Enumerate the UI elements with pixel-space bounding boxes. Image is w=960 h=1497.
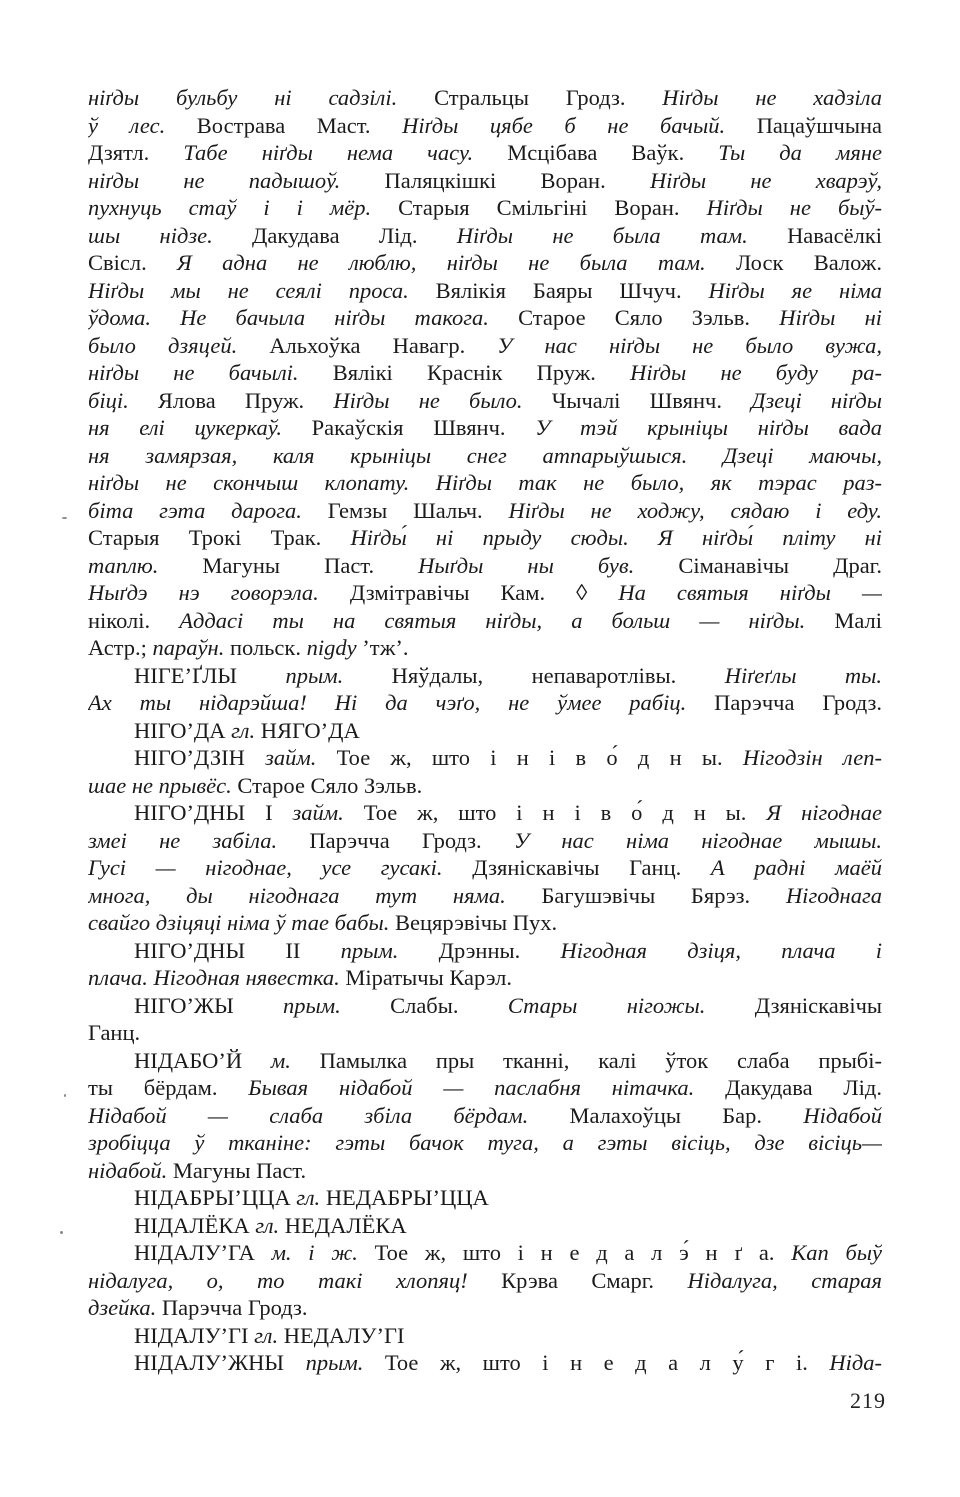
text-line: ніґды не падышоў. Паляцкішкі Воран. Ніґд… <box>88 167 882 195</box>
example-text: Нігодзін леп- <box>743 745 882 770</box>
plain-text: Тое ж, што і н і в о́ д н ы. <box>364 800 767 825</box>
example-text: Ніґды не была там. <box>457 223 787 248</box>
example-text: У нас ніґды не было вужа, <box>497 333 882 358</box>
text-line: НІДАЛУ’ГІ гл. НЕДАЛУ’ГІ <box>88 1322 882 1350</box>
plain-text: Дзятл. <box>88 140 183 165</box>
example-text: Нідалуга, старая <box>688 1268 882 1293</box>
text-line: НІДАЛУ’ЖНЫ прым. Тое ж, што і н е д а л … <box>88 1349 882 1377</box>
example-text: Нідабой <box>803 1103 882 1128</box>
example-text: Ніґды не хварэў, <box>650 168 882 193</box>
example-text: гл. <box>254 1323 284 1348</box>
text-line: Ганц. <box>88 1019 882 1047</box>
text-line: ня елі цукеркаў. Ракаўскія Швянч. У тэй … <box>88 414 882 442</box>
text-line: НІДАЛУ’ГА м. і ж. Тое ж, што і н е д а л… <box>88 1239 882 1267</box>
text-line: біта гэта дарога. Гемзы Шальч. Ніґды не … <box>88 497 882 525</box>
example-text: Ніґды не было. <box>333 388 551 413</box>
text-line: НІДАБО’Й м. Памылка пры тканні, калі ўто… <box>88 1047 882 1075</box>
text-line: многа, ды нігоднага тут няма. Багушэвічы… <box>88 882 882 910</box>
example-text: nigdy <box>307 635 363 660</box>
example-text: м. і ж. <box>272 1240 375 1265</box>
plain-text: НІГО’ДА <box>134 718 231 743</box>
plain-text: Памылка пры тканні, калі ўток слаба прыб… <box>320 1048 882 1073</box>
plain-text: НІДАЛУ’ЖНЫ <box>134 1350 306 1375</box>
plain-text: НІГЕ’ҐЛЫ <box>134 663 285 688</box>
example-text: параўн. <box>153 635 230 660</box>
text-line: ты бёрдам. Бывая нідабой — паслабня ніта… <box>88 1074 882 1102</box>
example-text: займ. <box>265 745 337 770</box>
plain-text: Магуны Паст. <box>202 553 418 578</box>
plain-text: Старое Сяло Зэльв. <box>518 305 779 330</box>
text-line: Ніґды мы не сеялі проса. Вялікія Баяры Ш… <box>88 277 882 305</box>
text-line: ніґды не скончыш клопату. Ніґды так не б… <box>88 469 882 497</box>
example-text: плача. Нігодная нявестка. <box>88 965 345 990</box>
scanned-dictionary-page: ніґды бульбу ні садзілі. Стральцы Гродз.… <box>0 0 960 1497</box>
plain-text: НІГО’ЖЫ <box>134 993 283 1018</box>
text-line: ніґды бульбу ні садзілі. Стральцы Гродз.… <box>88 84 882 112</box>
plain-text: ніколі. <box>88 608 179 633</box>
plain-text: Стральцы Гродз. <box>434 85 662 110</box>
plain-text: НЯГО’ДА <box>261 718 360 743</box>
text-line: НІГО’ДА гл. НЯГО’ДА <box>88 717 882 745</box>
plain-text: Дакудава Лід. <box>725 1075 882 1100</box>
plain-text: НІГО’ДЗІН <box>134 745 265 770</box>
text-line: нідалуга, о, то такі хлопяц! Крэва Смарг… <box>88 1267 882 1295</box>
plain-text: НЕДАЛУ’ГІ <box>284 1323 405 1348</box>
example-text: Табе ніґды нема часу. <box>183 140 507 165</box>
plain-text: Дакудава Лід. <box>252 223 457 248</box>
example-text: ніґды не падышоў. <box>88 168 385 193</box>
example-text: Стары нігожы. <box>508 993 755 1018</box>
text-line: Дзятл. Табе ніґды нема часу. Мсцібава Ва… <box>88 139 882 167</box>
example-text: Дзеці ніґды <box>751 388 882 413</box>
example-text: ня замярзая, каля крыніцы снег атпарыўшы… <box>88 443 882 468</box>
plain-text: Альхоўка Навагр. <box>269 333 497 358</box>
example-text: Ныґдэ нэ говорэла. <box>88 580 350 605</box>
example-text: Ніґды яе німа <box>709 278 882 303</box>
text-line: ня замярзая, каля крыніцы снег атпарыўшы… <box>88 442 882 470</box>
plain-text: Навасёлкі <box>787 223 882 248</box>
text-line: нідабой. Магуны Паст. <box>88 1157 882 1185</box>
plain-text: Крэва Смарг. <box>501 1268 687 1293</box>
plain-text: Міратычы Карэл. <box>345 965 512 990</box>
text-line: шы нідзе. Дакудава Лід. Ніґды не была та… <box>88 222 882 250</box>
text-line: Ах ты нідарэйша! Ні да чэґо, не ўмее раб… <box>88 689 882 717</box>
scan-speck <box>64 1094 66 1097</box>
example-text: біці. <box>88 388 158 413</box>
text-line: біці. Ялова Пруж. Ніґды не было. Чычалі … <box>88 387 882 415</box>
text-line: ніґды не бачылі. Вялікі Краснік Пруж. Ні… <box>88 359 882 387</box>
example-text: ніґды не бачылі. <box>88 360 333 385</box>
plain-text: Вялікія Баяры Шчуч. <box>436 278 709 303</box>
plain-text: Тое ж, што і н і в о́ д н ы. <box>337 745 743 770</box>
example-text: было дзяцей. <box>88 333 269 358</box>
plain-text: Астр.; <box>88 635 153 660</box>
plain-text: Слабы. <box>390 993 508 1018</box>
example-text: Ты да мяне <box>718 140 882 165</box>
text-line: Астр.; параўн. польск. nigdy ’тж’. <box>88 634 882 662</box>
text-line: дзейка. Парэчча Гродз. <box>88 1294 882 1322</box>
plain-text: Чычалі Швянч. <box>552 388 751 413</box>
example-text: ўдома. Не бачыла ніґды такога. <box>88 305 518 330</box>
example-text: Я нігоднае <box>766 800 882 825</box>
example-text: гл. <box>296 1185 326 1210</box>
example-text: У тэй крыніцы ніґды вада <box>535 415 882 440</box>
text-line: ўдома. Не бачыла ніґды такога. Старое Ся… <box>88 304 882 332</box>
plain-text: НЕДАЛЁКА <box>285 1213 407 1238</box>
plain-text: Пацаўшчына <box>757 113 882 138</box>
plain-text: Вецярэвічы Пух. <box>395 910 557 935</box>
example-text: прым. <box>306 1350 385 1375</box>
text-line: Свісл. Я адна не люблю, ніґды не была та… <box>88 249 882 277</box>
plain-text: Ракаўскія Швянч. <box>312 415 536 440</box>
plain-text: НІДАБО’Й <box>134 1048 271 1073</box>
text-line: Ныґдэ нэ говорэла. Дзмітравічы Кам. ◊ На… <box>88 579 882 607</box>
example-text: гл. <box>231 718 261 743</box>
example-text: ніґды не скончыш клопату. Ніґды так не б… <box>88 470 882 495</box>
example-text: гл. <box>255 1213 285 1238</box>
example-text: таплю. <box>88 553 202 578</box>
plain-text: Свісл. <box>88 250 177 275</box>
scan-speck <box>62 517 67 519</box>
example-text: Бывая нідабой — паслабня нітачка. <box>248 1075 725 1100</box>
text-line: НІДАБРЫ’ЦЦА гл. НЕДАБРЫ’ЦЦА <box>88 1184 882 1212</box>
plain-text: ’тж’. <box>362 635 408 660</box>
text-line: ніколі. Аддасі ты на святыя ніґды, а бол… <box>88 607 882 635</box>
example-text: Ныґды ны був. <box>418 553 678 578</box>
plain-text: Сіманавічы Драг. <box>678 553 882 578</box>
plain-text: Багушэвічы Бярэз. <box>542 883 786 908</box>
example-text: Ніґды не быў- <box>707 195 882 220</box>
plain-text: Паляцкішкі Воран. <box>385 168 650 193</box>
text-line: НІГЕ’ҐЛЫ прым. Няўдалы, непаваротлівы. Н… <box>88 662 882 690</box>
example-text: свайго дзіцяці німа ў тае бабы. <box>88 910 395 935</box>
plain-text: Магуны Паст. <box>173 1158 306 1183</box>
example-text: шы нідзе. <box>88 223 252 248</box>
example-text: На святыя ніґды — <box>618 580 882 605</box>
example-text: займ. <box>293 800 364 825</box>
plain-text: Вялікі Краснік Пруж. <box>333 360 630 385</box>
plain-text: Старое Сяло Зэльв. <box>237 773 422 798</box>
example-text: нідабой. <box>88 1158 173 1183</box>
example-text: прым. <box>285 663 391 688</box>
example-text: Ніґды цябе б не бачый. <box>402 113 757 138</box>
text-line: ў лес. Вострава Маст. Ніґды цябе б не ба… <box>88 112 882 140</box>
example-text: шае не прывёс. <box>88 773 237 798</box>
example-text: А радні маёй <box>711 855 882 880</box>
plain-text: НЕДАБРЫ’ЦЦА <box>326 1185 489 1210</box>
text-line: НІДАЛЁКА гл. НЕДАЛЁКА <box>88 1212 882 1240</box>
example-text: Аддасі ты на святыя ніґды, а больш — ніґ… <box>179 608 834 633</box>
plain-text: Малі <box>834 608 882 633</box>
example-text: Ніґды́ ні прыду сюды. Я ніґды́ пліту ні <box>350 525 882 550</box>
example-text: нідалуга, о, то такі хлопяц! <box>88 1268 501 1293</box>
example-text: змеі не забіла. <box>88 828 309 853</box>
plain-text: Парэчча Гродз. <box>162 1295 308 1320</box>
example-text: біта гэта дарога. <box>88 498 328 523</box>
plain-text: Тое ж, што і н е д а л у́ г і. <box>385 1350 830 1375</box>
example-text: зробіцца ў тканіне: гэты бачок туга, а г… <box>88 1130 882 1155</box>
example-text: прым. <box>341 938 439 963</box>
text-line: шае не прывёс. Старое Сяло Зэльв. <box>88 772 882 800</box>
plain-text: Лоск Валож. <box>736 250 882 275</box>
example-text: Нігодная дзіця, плача і <box>561 938 883 963</box>
plain-text: Няўдалы, непаваротлівы. <box>392 663 725 688</box>
plain-text: Парэчча Гродз. <box>714 690 882 715</box>
plain-text: Старыя Смільгіні Воран. <box>398 195 706 220</box>
plain-text: НІДАБРЫ’ЦЦА <box>134 1185 296 1210</box>
text-line: зробіцца ў тканіне: гэты бачок туга, а г… <box>88 1129 882 1157</box>
example-text: ня елі цукеркаў. <box>88 415 312 440</box>
dictionary-text: ніґды бульбу ні садзілі. Стральцы Гродз.… <box>88 84 882 1377</box>
example-text: Я адна не люблю, ніґды не была там. <box>177 250 736 275</box>
plain-text: Дзяніскавічы Ганц. <box>472 855 711 880</box>
plain-text: НІДАЛУ’ГІ <box>134 1323 254 1348</box>
plain-text: польск. <box>230 635 307 660</box>
plain-text: Старыя Трокі Трак. <box>88 525 350 550</box>
example-text: пухнуць стаў і і мёр. <box>88 195 398 220</box>
example-text: Ніґды ні <box>779 305 882 330</box>
plain-text: Ялова Пруж. <box>158 388 333 413</box>
example-text: Ах ты нідарэйша! Ні да чэґо, не ўмее раб… <box>88 690 714 715</box>
plain-text: Вострава Маст. <box>197 113 402 138</box>
example-text: ў лес. <box>88 113 197 138</box>
plain-text: Гемзы Шальч. <box>328 498 509 523</box>
example-text: прым. <box>283 993 390 1018</box>
plain-text: Мсцібава Ваўк. <box>507 140 718 165</box>
example-text: У нас німа нігоднае мышы. <box>514 828 882 853</box>
plain-text: НІДАЛУ’ГА <box>134 1240 272 1265</box>
text-line: Нідабой — слаба збіла бёрдам. Малахоўцы … <box>88 1102 882 1130</box>
scan-speck <box>60 1231 63 1234</box>
text-line: Гусі — нігоднае, усе гусакі. Дзяніскавіч… <box>88 854 882 882</box>
example-text: ніґды бульбу ні садзілі. <box>88 85 434 110</box>
plain-text: Малахоўцы Бар. <box>570 1103 804 1128</box>
example-text: Нідабой — слаба збіла бёрдам. <box>88 1103 570 1128</box>
text-line: плача. Нігодная нявестка. Міратычы Карэл… <box>88 964 882 992</box>
example-text: Ніґды не ходжу, сядаю і еду. <box>509 498 883 523</box>
example-text: Ніґды не хадзіла <box>662 85 882 110</box>
example-text: Нігоднага <box>786 883 882 908</box>
text-line: НІГО’ДНЫ I займ. Тое ж, што і н і в о́ д… <box>88 799 882 827</box>
text-line: НІГО’ДНЫ II прым. Дрэнны. Нігодная дзіця… <box>88 937 882 965</box>
plain-text: Парэчча Гродз. <box>309 828 514 853</box>
example-text: Ніґеґлы ты. <box>725 663 882 688</box>
text-line: было дзяцей. Альхоўка Навагр. У нас ніґд… <box>88 332 882 360</box>
text-line: таплю. Магуны Паст. Ныґды ны був. Сімана… <box>88 552 882 580</box>
plain-text: Дрэнны. <box>439 938 561 963</box>
plain-text: НІДАЛЁКА <box>134 1213 255 1238</box>
text-line: НІГО’ДЗІН займ. Тое ж, што і н і в о́ д … <box>88 744 882 772</box>
plain-text: НІГО’ДНЫ II <box>134 938 341 963</box>
example-text: м. <box>271 1048 320 1073</box>
plain-text: НІГО’ДНЫ I <box>134 800 293 825</box>
text-line: Старыя Трокі Трак. Ніґды́ ні прыду сюды.… <box>88 524 882 552</box>
text-line: свайго дзіцяці німа ў тае бабы. Вецярэві… <box>88 909 882 937</box>
plain-text: Ганц. <box>88 1020 140 1045</box>
example-text: дзейка. <box>88 1295 162 1320</box>
plain-text: Дзяніскавічы <box>755 993 882 1018</box>
page-number: 219 <box>850 1388 886 1414</box>
plain-text: ты бёрдам. <box>88 1075 248 1100</box>
example-text: Гусі — нігоднае, усе гусакі. <box>88 855 472 880</box>
plain-text: Тое ж, што і н е д а л э́ н ґ а. <box>375 1240 792 1265</box>
text-line: пухнуць стаў і і мёр. Старыя Смільгіні В… <box>88 194 882 222</box>
text-line: НІГО’ЖЫ прым. Слабы. Стары нігожы. Дзяні… <box>88 992 882 1020</box>
example-text: многа, ды нігоднага тут няма. <box>88 883 542 908</box>
example-text: Ніґды мы не сеялі проса. <box>88 278 436 303</box>
example-text: Ніґды не буду ра- <box>630 360 882 385</box>
example-text: Кап быў <box>791 1240 882 1265</box>
text-line: змеі не забіла. Парэчча Гродз. У нас нім… <box>88 827 882 855</box>
plain-text: Дзмітравічы Кам. ◊ <box>350 580 618 605</box>
example-text: Ніда- <box>829 1350 882 1375</box>
